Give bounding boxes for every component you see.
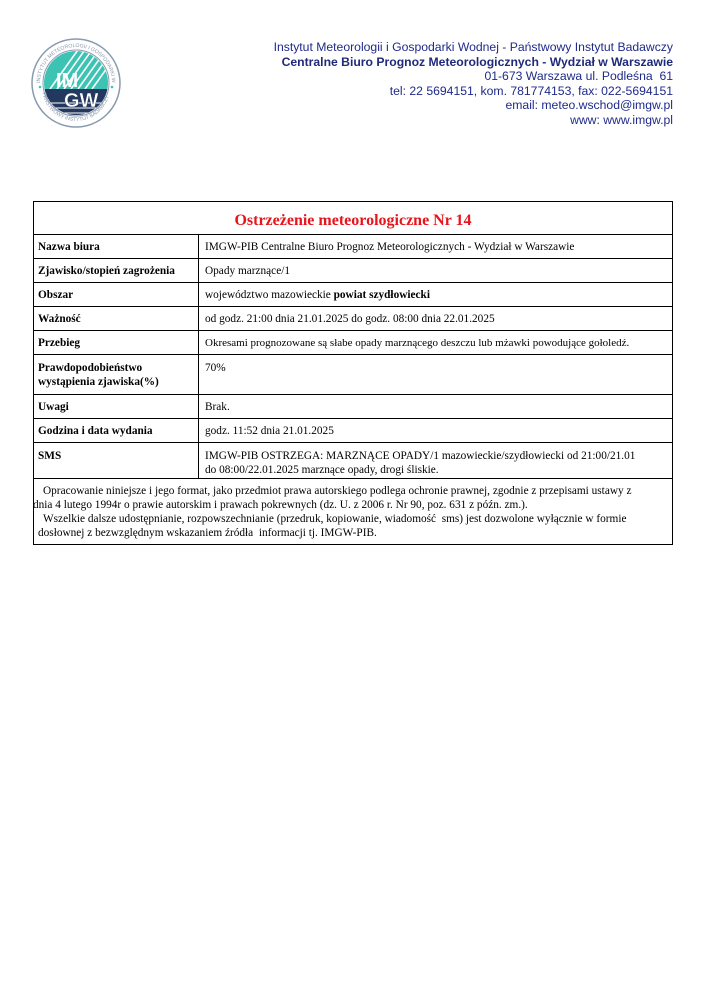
row-value-remarks: Brak. [199, 395, 672, 418]
row-label-sms: SMS [34, 443, 199, 478]
row-label-probability: Prawdopodobieństwo wystąpienia zjawiska(… [34, 355, 199, 394]
imgw-logo-icon: IM GW INSTYTUT METEOROLOGII I GOSPODARKI… [30, 37, 122, 129]
copyright-paragraph-2: Wszelkie dalsze udostępnianie, rozpowsze… [38, 512, 668, 540]
table-row: Godzina i data wydania godz. 11:52 dnia … [34, 419, 672, 443]
institute-header: Instytut Meteorologii i Gospodarki Wodne… [274, 40, 673, 128]
table-row: Zjawisko/stopień zagrożenia Opady marzną… [34, 259, 672, 283]
svg-text:IM: IM [56, 70, 78, 92]
table-row: Nazwa biura IMGW-PIB Centralne Biuro Pro… [34, 235, 672, 259]
website-link[interactable]: www: www.imgw.pl [274, 113, 673, 128]
table-row: Obszar województwo mazowieckie powiat sz… [34, 283, 672, 307]
row-value-sms: IMGW-PIB OSTRZEGA: MARZNĄCE OPADY/1 mazo… [199, 443, 672, 478]
table-row: Ważność od godz. 21:00 dnia 21.01.2025 d… [34, 307, 672, 331]
row-label-office: Nazwa biura [34, 235, 199, 258]
row-value-issued: godz. 11:52 dnia 21.01.2025 [199, 419, 672, 442]
row-label-remarks: Uwagi [34, 395, 199, 418]
institute-name: Instytut Meteorologii i Gospodarki Wodne… [274, 40, 673, 55]
office-name: Centralne Biuro Prognoz Meteorologicznyc… [274, 55, 673, 70]
row-value-office: IMGW-PIB Centralne Biuro Prognoz Meteoro… [199, 235, 672, 258]
copyright-note: Opracowanie niniejsze i jego format, jak… [34, 479, 672, 544]
row-value-course: Okresami prognozowane są słabe opady mar… [199, 331, 672, 354]
row-value-probability: 70% [199, 355, 672, 394]
table-row: Przebieg Okresami prognozowane są słabe … [34, 331, 672, 355]
phone-numbers: tel: 22 5694151, kom. 781774153, fax: 02… [274, 84, 673, 99]
area-voivodeship: województwo mazowieckie [205, 289, 334, 301]
warning-table: Ostrzeżenie meteorologiczne Nr 14 Nazwa … [33, 201, 673, 545]
row-label-area: Obszar [34, 283, 199, 306]
svg-text:GW: GW [64, 90, 99, 112]
row-value-phenomenon: Opady marznące/1 [199, 259, 672, 282]
row-label-phenomenon: Zjawisko/stopień zagrożenia [34, 259, 199, 282]
table-row: SMS IMGW-PIB OSTRZEGA: MARZNĄCE OPADY/1 … [34, 443, 672, 479]
table-row: Uwagi Brak. [34, 395, 672, 419]
row-value-area: województwo mazowieckie powiat szydłowie… [199, 283, 672, 306]
row-label-validity: Ważność [34, 307, 199, 330]
row-label-course: Przebieg [34, 331, 199, 354]
address: 01-673 Warszawa ul. Podleśna 61 [274, 69, 673, 84]
row-label-issued: Godzina i data wydania [34, 419, 199, 442]
table-row: Prawdopodobieństwo wystąpienia zjawiska(… [34, 355, 672, 395]
imgw-logo: IM GW INSTYTUT METEOROLOGII I GOSPODARKI… [30, 37, 122, 129]
copyright-paragraph-1: Opracowanie niniejsze i jego format, jak… [38, 484, 668, 512]
row-value-validity: od godz. 21:00 dnia 21.01.2025 do godz. … [199, 307, 672, 330]
warning-title: Ostrzeżenie meteorologiczne Nr 14 [34, 202, 672, 235]
area-county: powiat szydłowiecki [334, 289, 430, 301]
email-link[interactable]: email: meteo.wschod@imgw.pl [274, 98, 673, 113]
